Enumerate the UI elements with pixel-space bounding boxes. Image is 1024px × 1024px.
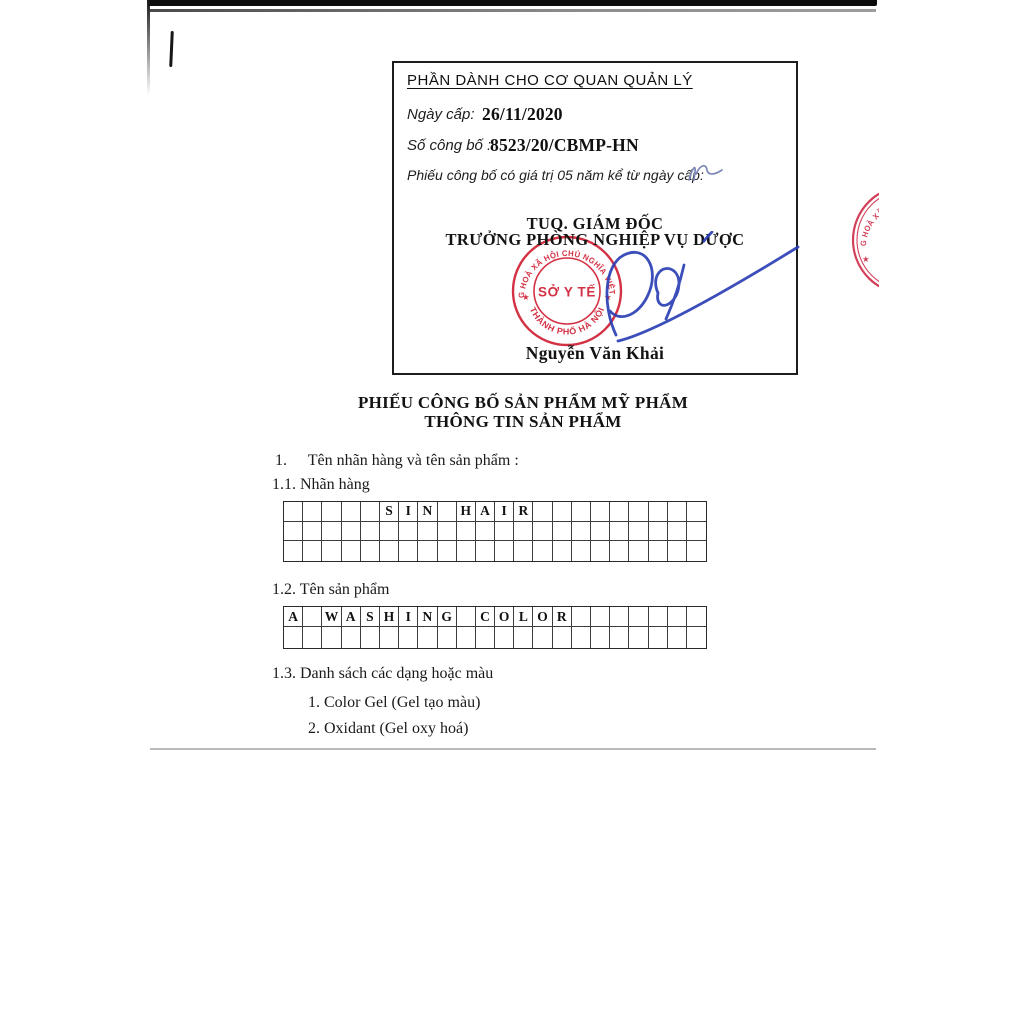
product-name-grid: AWASHINGCOLOR bbox=[283, 606, 707, 649]
grid-cell: A bbox=[342, 607, 361, 627]
grid-cell bbox=[303, 541, 322, 561]
grid-cell bbox=[553, 627, 572, 647]
grid-cell bbox=[495, 627, 514, 647]
grid-cell bbox=[322, 627, 341, 647]
grid-cell bbox=[649, 627, 668, 647]
grid-cell bbox=[572, 607, 591, 627]
form-title-line2: THÔNG TIN SẢN PHẨM bbox=[297, 413, 749, 432]
grid-cell: H bbox=[380, 607, 399, 627]
section-1-1-label: 1.1. Nhãn hàng bbox=[272, 476, 370, 494]
admin-box-header: PHẦN DÀNH CHO CƠ QUAN QUẢN LÝ bbox=[407, 72, 693, 89]
grid-cell bbox=[476, 522, 495, 542]
grid-cell bbox=[610, 541, 629, 561]
grid-cell bbox=[284, 522, 303, 542]
grid-cell bbox=[533, 541, 552, 561]
grid-cell bbox=[629, 607, 648, 627]
grid-cell bbox=[629, 502, 648, 522]
grid-cell: O bbox=[495, 607, 514, 627]
grid-cell bbox=[342, 627, 361, 647]
grid-cell bbox=[322, 541, 341, 561]
grid-cell bbox=[514, 522, 533, 542]
grid-cell bbox=[380, 627, 399, 647]
grid-cell bbox=[457, 522, 476, 542]
grid-cell: G bbox=[438, 607, 457, 627]
grid-cell: S bbox=[380, 502, 399, 522]
issue-date-label: Ngày cấp: bbox=[407, 106, 475, 123]
grid-cell bbox=[303, 502, 322, 522]
grid-cell bbox=[610, 522, 629, 542]
grid-cell bbox=[668, 607, 687, 627]
grid-cell bbox=[476, 541, 495, 561]
grid-cell bbox=[533, 502, 552, 522]
grid-cell bbox=[418, 627, 437, 647]
grid-cell bbox=[438, 522, 457, 542]
grid-cell: N bbox=[418, 607, 437, 627]
grid-cell bbox=[303, 607, 322, 627]
grid-cell bbox=[533, 627, 552, 647]
grid-cell bbox=[572, 502, 591, 522]
grid-cell bbox=[668, 541, 687, 561]
brand-name-grid: SINHAIR bbox=[283, 501, 707, 562]
handwritten-mark bbox=[682, 159, 724, 185]
issue-date-value: 26/11/2020 bbox=[482, 104, 563, 125]
page-bottom-edge-line bbox=[150, 748, 876, 750]
grid-cell bbox=[457, 607, 476, 627]
grid-cell bbox=[514, 627, 533, 647]
grid-cell bbox=[361, 627, 380, 647]
grid-cell bbox=[399, 627, 418, 647]
grid-cell bbox=[284, 627, 303, 647]
grid-cell bbox=[438, 541, 457, 561]
grid-cell bbox=[591, 502, 610, 522]
grid-cell bbox=[591, 522, 610, 542]
grid-cell bbox=[649, 541, 668, 561]
grid-cell: R bbox=[514, 502, 533, 522]
grid-cell: N bbox=[418, 502, 437, 522]
declaration-number-value: 8523/20/CBMP-HN bbox=[490, 135, 639, 156]
section-1-2-label: 1.2. Tên sản phẩm bbox=[272, 581, 389, 599]
grid-cell bbox=[303, 522, 322, 542]
section-1-number: 1. bbox=[275, 452, 287, 469]
grid-cell bbox=[457, 541, 476, 561]
page-left-edge bbox=[147, 0, 150, 95]
grid-cell bbox=[495, 522, 514, 542]
grid-cell bbox=[418, 522, 437, 542]
grid-cell bbox=[629, 627, 648, 647]
grid-cell bbox=[629, 522, 648, 542]
grid-cell bbox=[687, 607, 706, 627]
grid-cell bbox=[438, 627, 457, 647]
grid-cell: I bbox=[399, 607, 418, 627]
svg-text:CỘNG HOÀ XÃ HỘI CHỦ NGHĨA VIỆT: CỘNG HOÀ XÃ HỘI CHỦ NGHĨA VIỆT NAM bbox=[845, 182, 879, 246]
partial-stamp: CỘNG HOÀ XÃ HỘI CHỦ NGHĨA VIỆT NAM ★ bbox=[845, 182, 879, 306]
grid-cell: S bbox=[361, 607, 380, 627]
grid-cell: R bbox=[553, 607, 572, 627]
grid-cell bbox=[399, 522, 418, 542]
grid-cell bbox=[591, 627, 610, 647]
grid-cell bbox=[591, 607, 610, 627]
grid-cell bbox=[572, 541, 591, 561]
grid-cell bbox=[553, 522, 572, 542]
grid-cell bbox=[610, 502, 629, 522]
grid-cell: O bbox=[533, 607, 552, 627]
grid-cell bbox=[399, 541, 418, 561]
grid-cell bbox=[361, 502, 380, 522]
grid-cell bbox=[438, 502, 457, 522]
variant-list-item: 1. Color Gel (Gel tạo màu) bbox=[308, 694, 480, 712]
grid-cell: A bbox=[476, 502, 495, 522]
partial-stamp-ring-text: CỘNG HOÀ XÃ HỘI CHỦ NGHĨA VIỆT NAM bbox=[845, 182, 879, 246]
pen-tick-mark bbox=[169, 31, 173, 67]
grid-cell bbox=[457, 627, 476, 647]
grid-cell bbox=[649, 502, 668, 522]
grid-cell bbox=[687, 627, 706, 647]
grid-cell: C bbox=[476, 607, 495, 627]
grid-cell bbox=[649, 607, 668, 627]
grid-cell bbox=[380, 541, 399, 561]
grid-cell bbox=[342, 502, 361, 522]
grid-cell bbox=[303, 627, 322, 647]
declaration-number-label: Số công bố : bbox=[407, 137, 491, 154]
grid-cell bbox=[687, 502, 706, 522]
grid-cell bbox=[533, 522, 552, 542]
grid-cell bbox=[361, 541, 380, 561]
grid-cell bbox=[342, 541, 361, 561]
grid-cell bbox=[687, 522, 706, 542]
grid-cell bbox=[553, 502, 572, 522]
scanned-declaration-page: PHẦN DÀNH CHO CƠ QUAN QUẢN LÝ Ngày cấp: … bbox=[0, 0, 1024, 1024]
section-1-label: Tên nhãn hàng và tên sản phẩm : bbox=[308, 452, 519, 469]
grid-cell bbox=[322, 502, 341, 522]
grid-cell bbox=[668, 502, 687, 522]
section-1-3-label: 1.3. Danh sách các dạng hoặc màu bbox=[272, 665, 493, 683]
grid-cell bbox=[687, 541, 706, 561]
grid-cell bbox=[322, 522, 341, 542]
grid-cell: A bbox=[284, 607, 303, 627]
grid-cell bbox=[668, 627, 687, 647]
grid-cell bbox=[495, 541, 514, 561]
grid-cell: I bbox=[399, 502, 418, 522]
grid-cell bbox=[572, 627, 591, 647]
grid-cell bbox=[610, 607, 629, 627]
grid-cell bbox=[514, 541, 533, 561]
grid-cell: H bbox=[457, 502, 476, 522]
validity-note: Phiếu công bố có giá trị 05 năm kể từ ng… bbox=[407, 167, 704, 183]
grid-cell bbox=[284, 502, 303, 522]
admin-section-box: PHẦN DÀNH CHO CƠ QUAN QUẢN LÝ Ngày cấp: … bbox=[392, 61, 798, 375]
partial-stamp-star-icon: ★ bbox=[862, 254, 870, 264]
grid-cell bbox=[668, 522, 687, 542]
grid-cell bbox=[591, 541, 610, 561]
signature bbox=[580, 231, 800, 407]
grid-cell: W bbox=[322, 607, 341, 627]
grid-cell bbox=[380, 522, 399, 542]
grid-cell bbox=[610, 627, 629, 647]
variant-list-item: 2. Oxidant (Gel oxy hoá) bbox=[308, 720, 468, 738]
grid-cell bbox=[649, 522, 668, 542]
grid-cell bbox=[284, 541, 303, 561]
section-1-heading: 1. Tên nhãn hàng và tên sản phẩm : bbox=[275, 452, 519, 470]
page-top-edge-shadow bbox=[148, 0, 877, 6]
stamp-star-left-icon: ★ bbox=[522, 292, 530, 302]
grid-cell: L bbox=[514, 607, 533, 627]
grid-cell bbox=[553, 541, 572, 561]
grid-cell bbox=[476, 627, 495, 647]
grid-cell bbox=[572, 522, 591, 542]
grid-cell bbox=[418, 541, 437, 561]
grid-cell: I bbox=[495, 502, 514, 522]
grid-cell bbox=[342, 522, 361, 542]
grid-cell bbox=[629, 541, 648, 561]
page-top-edge-line bbox=[150, 9, 876, 12]
grid-cell bbox=[361, 522, 380, 542]
